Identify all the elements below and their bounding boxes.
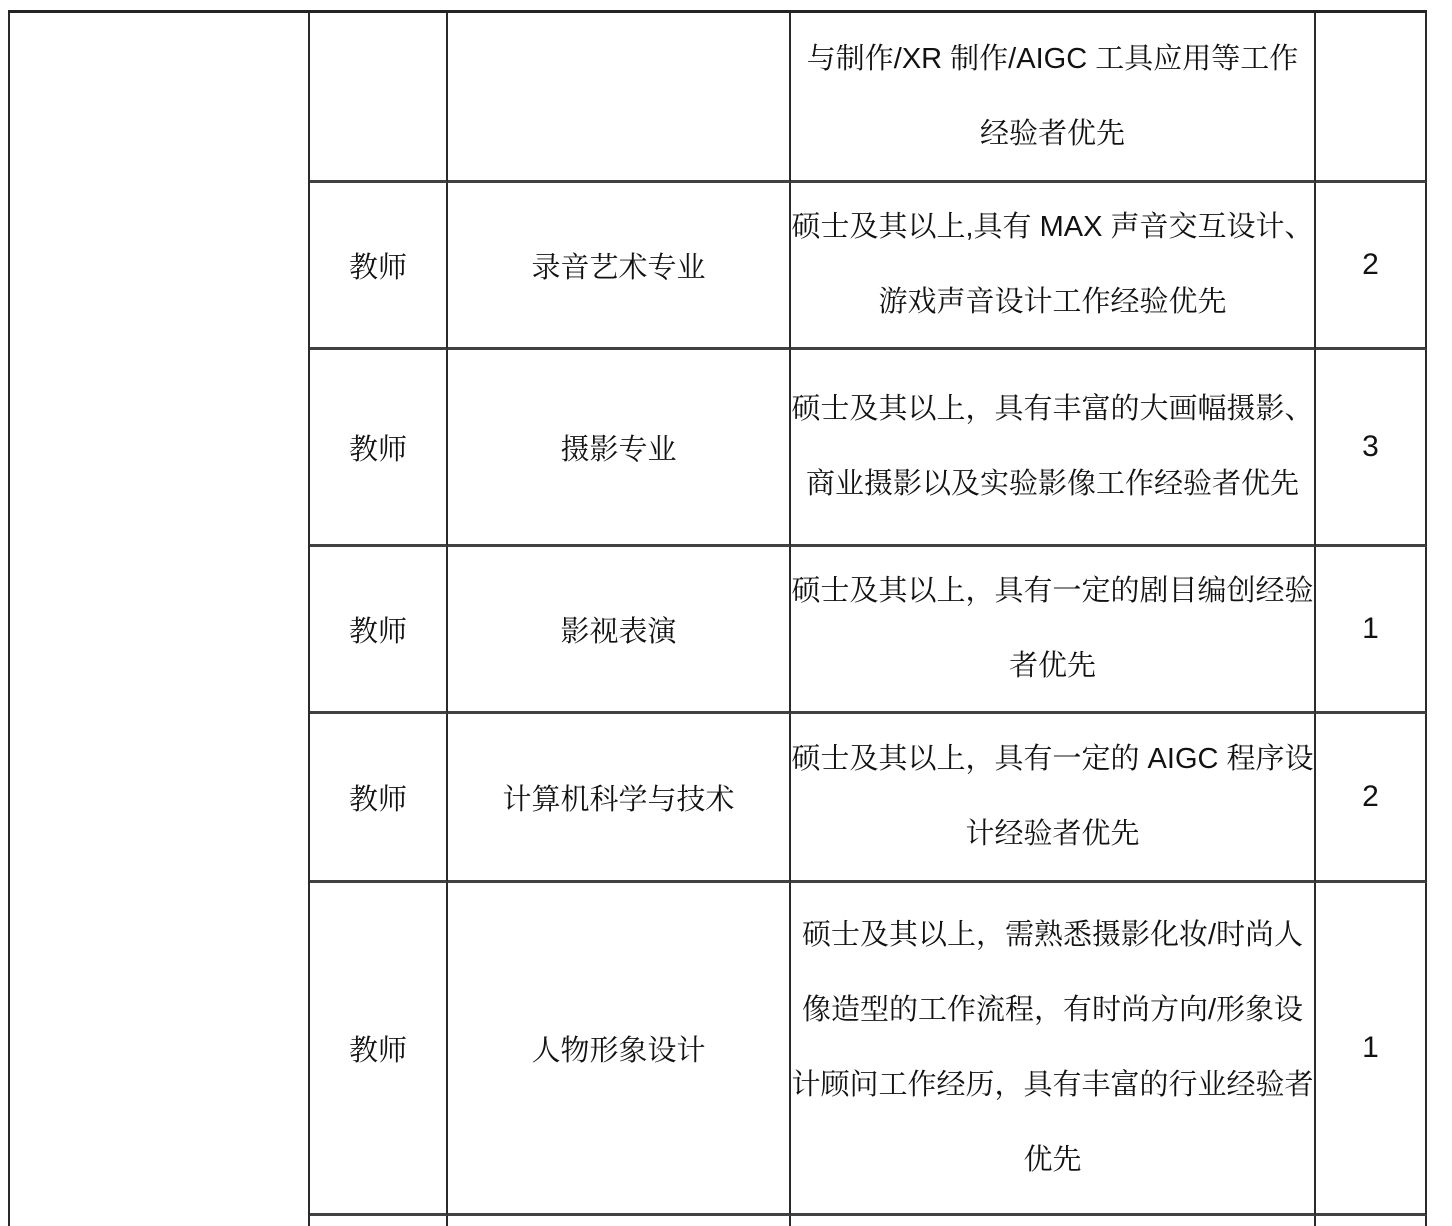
document-page: 与制作/XR 制作/AIGC 工具应用等工作 经验者优先 教师 录音艺术专业 硕… [0, 0, 1452, 1226]
count-cell [1316, 1216, 1427, 1226]
major-cell: 人物形象设计 [448, 883, 791, 1216]
position-cell: 教师 [310, 883, 448, 1216]
count-cell [1316, 13, 1427, 183]
merged-department-cell [8, 13, 310, 1226]
count-cell: 2 [1316, 183, 1427, 350]
count-cell: 2 [1316, 714, 1427, 883]
requirement-text: 硕士及其以上，需熟悉摄影化妆/时尚人 像造型的工作流程，有时尚方向/形象设 计顾… [791, 898, 1314, 1198]
position-cell: 教师 [310, 350, 448, 547]
requirement-cell: 硕士及其以上，具有丰富的大画幅摄影、 商业摄影以及实验影像工作经验者优先 [791, 350, 1316, 547]
count-cell: 1 [1316, 547, 1427, 714]
position-cell [310, 13, 448, 183]
requirement-text: 硕士及其以上，具有一定的 AIGC 程序设 计经验者优先 [791, 722, 1314, 872]
major-cell: 计算机科学与技术 [448, 714, 791, 883]
count-cell: 1 [1316, 883, 1427, 1216]
major-cell: 摄影专业 [448, 350, 791, 547]
position-cell [310, 1216, 448, 1226]
requirement-cell: 硕士及其以上,具有 MAX 声音交互设计、 游戏声音设计工作经验优先 [791, 183, 1316, 350]
requirement-cell: 硕士及其以上，具有一定的 AIGC 程序设 计经验者优先 [791, 714, 1316, 883]
major-cell [448, 1216, 791, 1226]
major-cell: 录音艺术专业 [448, 183, 791, 350]
recruitment-table: 与制作/XR 制作/AIGC 工具应用等工作 经验者优先 教师 录音艺术专业 硕… [8, 13, 1427, 1226]
requirement-text: 硕士及其以上，具有丰富的大画幅摄影、 商业摄影以及实验影像工作经验者优先 [791, 372, 1314, 522]
position-cell: 教师 [310, 547, 448, 714]
requirement-text: 硕士及其以上，具有一定的剧目编创经验 者优先 [791, 554, 1314, 704]
requirement-text: 硕士及其以上,具有 MAX 声音交互设计、 游戏声音设计工作经验优先 [791, 190, 1314, 340]
requirement-cell [791, 1216, 1316, 1226]
position-cell: 教师 [310, 183, 448, 350]
requirement-cell: 硕士及其以上，具有一定的剧目编创经验 者优先 [791, 547, 1316, 714]
position-cell: 教师 [310, 714, 448, 883]
requirement-cell: 与制作/XR 制作/AIGC 工具应用等工作 经验者优先 [791, 13, 1316, 183]
major-cell: 影视表演 [448, 547, 791, 714]
requirement-text: 与制作/XR 制作/AIGC 工具应用等工作 经验者优先 [791, 22, 1314, 172]
count-cell: 3 [1316, 350, 1427, 547]
major-cell [448, 13, 791, 183]
requirement-cell: 硕士及其以上，需熟悉摄影化妆/时尚人 像造型的工作流程，有时尚方向/形象设 计顾… [791, 883, 1316, 1216]
